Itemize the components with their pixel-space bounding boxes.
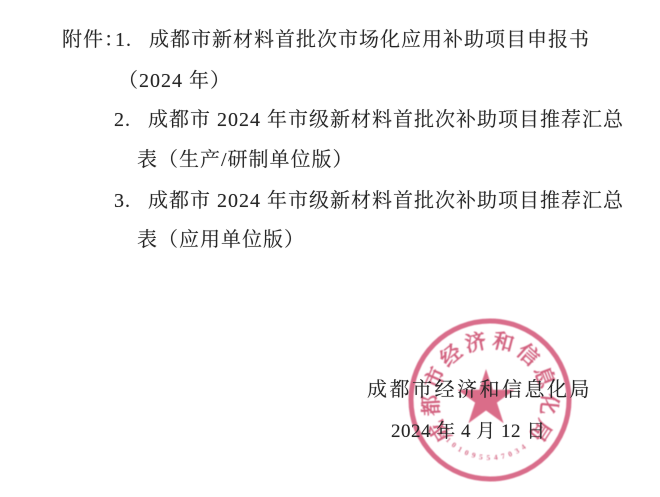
official-seal: 成都市经济和信息化局 5101095547034 [0, 0, 660, 497]
attachment-2-number: 2. [114, 108, 148, 132]
attachment-item-2-line-2: 表（生产/研制单位版） [137, 148, 354, 172]
attachments-label: 附件： [62, 28, 115, 52]
attachment-1-title: 成都市新材料首批次市场化应用补助项目申报书 [149, 29, 590, 51]
attachment-item-1-line-1: 附件：1.成都市新材料首批次市场化应用补助项目申报书 [62, 28, 590, 52]
attachment-item-3-line-1: 3.成都市 2024 年市级新材料首批次补助项目推荐汇总 [114, 189, 624, 213]
attachment-item-2-line-1: 2.成都市 2024 年市级新材料首批次补助项目推荐汇总 [114, 108, 624, 132]
signature-date: 2024 年 4 月 12 日 [391, 420, 546, 444]
attachment-item-1-line-2: （2024 年） [118, 69, 231, 93]
signature-agency: 成都市经济和信息化局 [367, 378, 592, 402]
attachment-3-number: 3. [114, 189, 148, 213]
attachment-2-title: 成都市 2024 年市级新材料首批次补助项目推荐汇总 [148, 109, 624, 131]
attachment-1-number: 1. [115, 28, 149, 52]
attachment-3-title: 成都市 2024 年市级新材料首批次补助项目推荐汇总 [148, 190, 624, 212]
document-page: 成都市经济和信息化局 5101095547034 附件：1.成都市新材料首批次市… [0, 0, 660, 497]
attachment-item-3-line-2: 表（应用单位版） [137, 228, 305, 252]
